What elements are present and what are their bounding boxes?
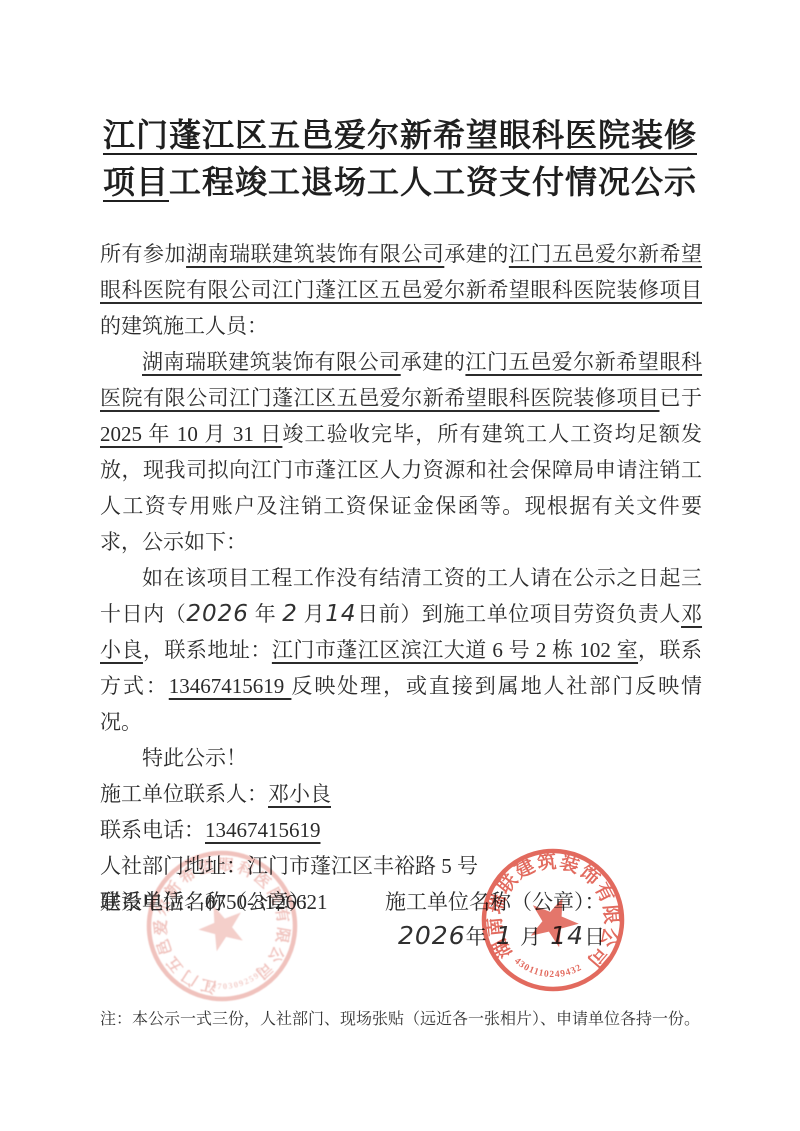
title-line-2-rest: 工程竣工退场工人工资支付情况公示 <box>169 164 697 200</box>
text-run: 日 <box>584 925 607 949</box>
footnote: 注：本公示一式三份，人社部门、现场张贴（远近各一张相片）、申请单位各持一份。 <box>100 1006 740 1029</box>
underlined-text: 湖南瑞联建筑装饰有限公司 <box>142 350 401 374</box>
text-run: ，联系地址： <box>143 638 272 662</box>
handwritten-text: 2 <box>282 601 298 627</box>
underlined-text: 13467415619 <box>169 674 292 698</box>
underlined-text: 邓小良 <box>268 782 331 806</box>
handwritten-text: 14 <box>325 601 356 627</box>
title-line-1-text: 江门蓬江区五邑爱尔新希望眼科医院装修 <box>103 117 697 153</box>
text-run: 所有参加 <box>100 242 186 266</box>
owner-signature-label: 建设单位名称（公章）： <box>100 886 385 916</box>
paragraph: 人社部门地址：江门市蓬江区丰裕路 5 号 <box>100 848 702 884</box>
title-line-1: 江门蓬江区五邑爱尔新希望眼科医院装修 <box>0 112 800 159</box>
text-run: 年 <box>466 925 496 949</box>
seal-code-text: 44703092597 <box>203 965 268 997</box>
notice-title: 江门蓬江区五邑爱尔新希望眼科医院装修 项目工程竣工退场工人工资支付情况公示 <box>0 112 800 206</box>
underlined-text: 2025 年 10 月 31 日 <box>100 422 282 446</box>
signature-date: 2026年 1 月 14日 <box>398 921 607 951</box>
seal-code-text: 4301110249432 <box>511 956 585 984</box>
title-line-2-underlined: 项目 <box>103 164 169 200</box>
text-run: 年 <box>249 602 282 626</box>
text-run: 联系电话： <box>100 818 205 842</box>
text-run: 施工单位联系人： <box>100 782 268 806</box>
paragraph: 所有参加湖南瑞联建筑装饰有限公司承建的江门五邑爱尔新希望眼科医院有限公司江门蓬江… <box>100 236 702 344</box>
text-run: 承建的 <box>401 350 466 374</box>
text-run: 承建的 <box>444 242 509 266</box>
text-run: 月 <box>298 602 325 626</box>
paragraph: 如在该项目工程工作没有结清工资的工人请在公示之日起三十日内（2026 年 2 月… <box>100 560 702 740</box>
body-text: 所有参加湖南瑞联建筑装饰有限公司承建的江门五邑爱尔新希望眼科医院有限公司江门蓬江… <box>100 236 702 920</box>
paragraph: 施工单位联系人：邓小良 <box>100 776 702 812</box>
contractor-signature-label: 施工单位名称（公章）： <box>385 886 606 916</box>
svg-text:4301110249432: 4301110249432 <box>511 956 585 984</box>
underlined-text: 湖南瑞联建筑装饰有限公司 <box>186 242 444 266</box>
title-line-2: 项目工程竣工退场工人工资支付情况公示 <box>0 159 800 206</box>
text-run: 人社部门地址：江门市蓬江区丰裕路 5 号 <box>100 854 478 878</box>
handwritten-text: 2026 <box>186 601 249 627</box>
handwritten-text: 1 <box>496 921 513 950</box>
paragraph: 联系电话：13467415619 <box>100 812 702 848</box>
underlined-text: 江门市蓬江区滨江大道 6 号 2 栋 102 室 <box>272 638 638 662</box>
signature-row: 建设单位名称（公章）： 施工单位名称（公章）： <box>100 886 740 916</box>
underlined-text: 13467415619 <box>205 818 321 842</box>
text-run: 月 <box>513 925 551 949</box>
text-run: 特此公示！ <box>142 746 247 770</box>
paragraph: 湖南瑞联建筑装饰有限公司承建的江门五邑爱尔新希望眼科医院有限公司江门蓬江区五邑爱… <box>100 344 702 560</box>
handwritten-text: 2026 <box>398 921 466 950</box>
page: 江门蓬江区五邑爱尔新希望眼科医院装修 项目工程竣工退场工人工资支付情况公示 所有… <box>0 0 800 1131</box>
paragraph: 特此公示！ <box>100 740 702 776</box>
svg-text:44703092597: 44703092597 <box>203 965 268 997</box>
text-run: 的建筑施工人员： <box>100 314 268 338</box>
handwritten-text: 14 <box>550 921 584 950</box>
text-run: 日前）到施工单位项目劳资负责人 <box>357 602 681 626</box>
text-run: 已于 <box>659 386 702 410</box>
